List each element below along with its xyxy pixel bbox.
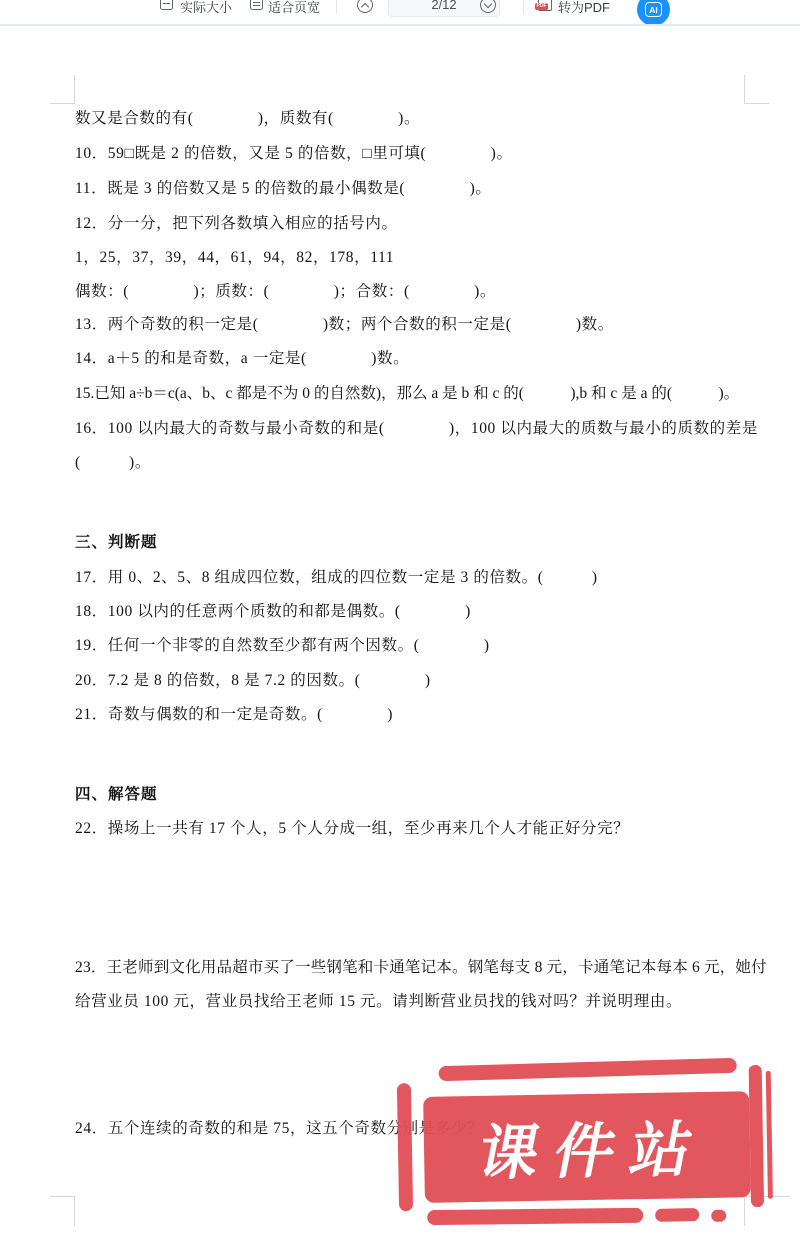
- fit-width-button[interactable]: 适合页宽: [268, 0, 320, 16]
- pdf-badge: PDF: [535, 3, 548, 10]
- document-line: 11．既是 3 的倍数又是 5 的倍数的最小偶数是( )。: [75, 178, 491, 200]
- section-title: 三、判断题: [75, 532, 158, 554]
- document-line: 23．王老师到文化用品超市买了一些钢笔和卡通笔记本。钢笔每支 8 元，卡通笔记本…: [75, 957, 767, 979]
- stamp-frame-stroke: [766, 1071, 773, 1199]
- document-line: 19．任何一个非零的自然数至少都有两个因数。( ): [75, 635, 490, 657]
- margin-mark-top-right: [744, 75, 745, 104]
- toolbar-divider: [523, 0, 524, 14]
- document-line: 22．操场上一共有 17 个人，5 个人分成一组，至少再来几个人才能正好分完？: [75, 818, 629, 840]
- document-line: 18．100 以内的任意两个质数的和都是偶数。( ): [75, 601, 471, 623]
- ai-assistant-button[interactable]: AI: [637, 0, 670, 26]
- actual-size-icon: [160, 0, 173, 10]
- margin-mark-bottom-left: [50, 1196, 75, 1197]
- stamp-frame-stroke: [711, 1210, 726, 1222]
- stamp-frame-stroke: [749, 1065, 764, 1207]
- previous-page-button[interactable]: [357, 0, 373, 13]
- document-line: 20．7.2 是 8 的倍数，8 是 7.2 的因数。( ): [75, 670, 431, 692]
- chevron-down-icon: [484, 0, 492, 8]
- document-line: 17．用 0、2、5、8 组成四位数，组成的四位数一定是 3 的倍数。( ): [75, 567, 598, 589]
- stamp-frame-stroke: [655, 1208, 699, 1222]
- document-line: 给营业员 100 元，营业员找给王老师 15 元。请判断营业员找的钱对吗？并说明…: [75, 991, 682, 1013]
- section-title: 四、解答题: [75, 784, 158, 806]
- document-line: ( )。: [75, 452, 151, 474]
- stamp-frame-stroke: [439, 1058, 737, 1081]
- document-line: 21．奇数与偶数的和一定是奇数。( ): [75, 704, 393, 726]
- document-line: 偶数：( )；质数：( )；合数：( )。: [75, 281, 496, 303]
- fit-width-icon: [250, 0, 263, 10]
- document-line: 12．分一分，把下列各数填入相应的括号内。: [75, 213, 398, 235]
- margin-mark-bottom-left: [74, 1196, 75, 1226]
- stamp-frame-stroke: [427, 1208, 643, 1225]
- document-line: 16．100 以内最大的奇数与最小奇数的和是( )，100 以内最大的质数与最小…: [75, 418, 758, 440]
- chevron-up-icon: [361, 2, 369, 10]
- document-line: 13．两个奇数的积一定是( )数；两个合数的积一定是( )数。: [75, 314, 614, 336]
- document-line: 数又是合数的有( )，质数有( )。: [75, 108, 420, 130]
- toolbar-divider: [336, 0, 337, 14]
- margin-mark-top-right: [744, 103, 769, 104]
- margin-mark-top-left: [50, 103, 75, 104]
- document-line: 10．59□既是 2 的倍数，又是 5 的倍数，□里可填( )。: [75, 143, 513, 165]
- toolbar-bottom-border: [0, 24, 800, 26]
- page-indicator: 2/12: [431, 0, 456, 12]
- document-page: 数又是合数的有( )，质数有( )。 10．59□既是 2 的倍数，又是 5 的…: [0, 26, 800, 1250]
- stamp-frame-stroke: [397, 1083, 413, 1211]
- ai-icon: AI: [645, 2, 662, 17]
- margin-mark-top-left: [74, 75, 75, 104]
- stamp-text: 课件站: [458, 1102, 717, 1193]
- document-line: 1，25，37，39，44，61，94，82，178，111: [75, 247, 394, 269]
- stamp-body: 课件站: [423, 1091, 751, 1203]
- convert-pdf-icon: PDF: [538, 0, 552, 11]
- document-line: 14．a＋5 的和是奇数，a 一定是( )数。: [75, 348, 409, 370]
- kejianzhan-stamp: 课件站: [396, 1053, 779, 1240]
- convert-pdf-button[interactable]: 转为PDF: [558, 0, 610, 16]
- actual-size-button[interactable]: 实际大小: [180, 0, 232, 16]
- viewer-toolbar: 实际大小 适合页宽 2/12 PDF 转为PDF AI: [0, 0, 800, 26]
- document-line: 15.已知 a÷b＝c(a、b、c 都是不为 0 的自然数)，那么 a 是 b …: [75, 383, 739, 405]
